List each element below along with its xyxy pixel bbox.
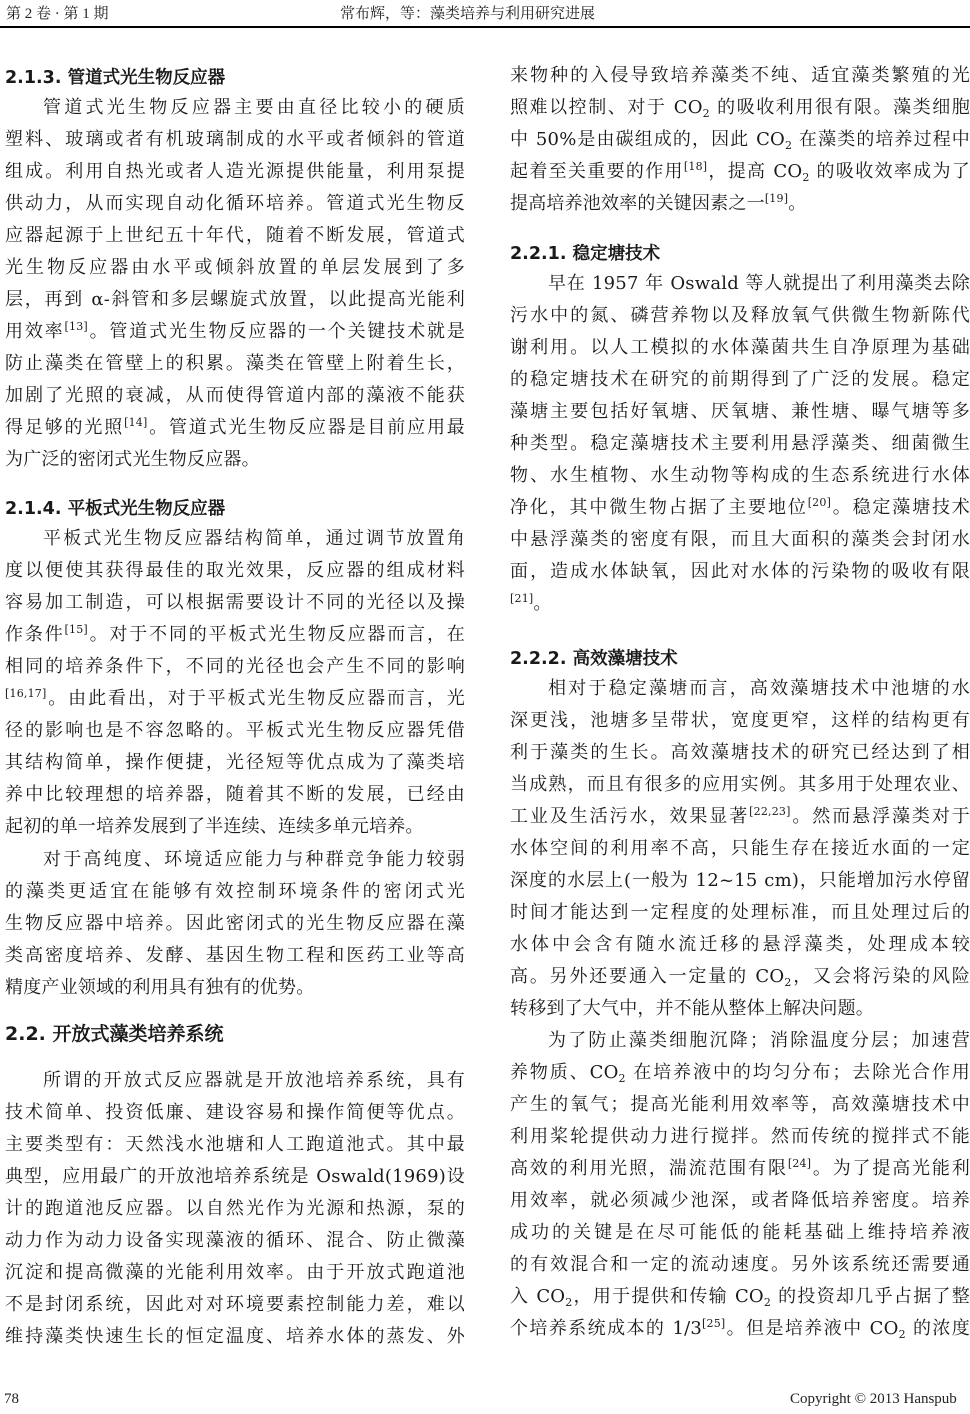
copyright: Copyright © 2013 Hanspub <box>790 1391 957 1408</box>
section-heading-2-1-3: 2.1.3. 管道式光生物反应器 <box>5 64 225 89</box>
text-span: 用效率 <box>5 321 65 342</box>
text-line: 工业及生活污水，效果显著[22,23]。然而悬浮藻类对于 <box>510 802 970 832</box>
section-heading-2-2-1: 2.2.1. 稳定塘技术 <box>510 240 660 265</box>
text-line: 维持藻类快速生长的恒定温度、培养水体的蒸发、外 <box>5 1322 465 1352</box>
text-span: 的吸收利用很有限。藻类细胞 <box>710 97 970 118</box>
text-line: 径的影响也是不容忽略的。平板式光生物反应器凭借 <box>5 716 465 746</box>
text-span: 。然而悬浮藻类对于 <box>791 806 970 827</box>
text-line: 产生的氧气；提高光能利用效率等，高效藻塘技术中 <box>510 1090 970 1120</box>
text-line: 物、水生植物、水生动物等构成的生态系统进行水体 <box>510 461 970 491</box>
citation-13[interactable]: [13] <box>65 320 88 333</box>
text-line: 提高培养池效率的关键因素之一[19]。 <box>510 189 970 219</box>
text-span: 得足够的光照 <box>5 417 124 438</box>
text-line: 类高密度培养、发酵、基因生物工程和医药工业等高 <box>5 941 465 971</box>
text-line: [16,17]。由此看出，对于平板式光生物反应器而言，光 <box>5 684 465 714</box>
citation-14[interactable]: [14] <box>124 416 147 429</box>
text-line: 深更浅，池塘多呈带状，宽度更窄，这样的结构更有 <box>510 706 970 736</box>
subscript: 2 <box>619 1072 626 1085</box>
text-line: 组成。利用自热光或者人造光源提供能量，利用泵提 <box>5 157 465 187</box>
text-line: 个培养系统成本的 1/3[25]。但是培养液中 CO2 的浓度 <box>510 1314 970 1344</box>
text-span: 入 CO <box>510 1286 565 1307</box>
text-line: 容易加工制造，可以根据需要设计不同的光径以及操 <box>5 588 465 618</box>
text-span: 。对于不同的平板式光生物反应器而言，在 <box>88 624 465 645</box>
section-heading-2-2-2: 2.2.2. 高效藻塘技术 <box>510 645 678 670</box>
text-span: 。稳定藻塘技术 <box>831 497 970 518</box>
running-header: 第 2 卷 · 第 1 期 常布辉，等：藻类培养与利用研究进展 <box>0 0 970 27</box>
text-span: ，又会将污染的风险 <box>792 966 970 987</box>
text-span: 起着至关重要的作用 <box>510 161 684 182</box>
subscript: 2 <box>764 1296 771 1309</box>
text-span: 。为了提高光能利 <box>811 1158 970 1179</box>
text-line: 精度产业领域的利用具有独有的优势。 <box>5 973 465 1003</box>
text-span: 的浓度 <box>906 1318 970 1339</box>
text-line: 藻塘主要包括好氧塘、厌氧塘、兼性塘、曝气塘等多 <box>510 397 970 427</box>
subscript: 2 <box>899 1328 906 1341</box>
text-line: 计的跑道池反应器。以自然光作为光源和热源，泵的 <box>5 1194 465 1224</box>
text-line: 起着至关重要的作用[18]，提高 CO2 的吸收效率成为了 <box>510 157 970 187</box>
citation-19[interactable]: [19] <box>765 192 788 205</box>
text-span: 在培养液中的均匀分布；去除光合作用 <box>626 1062 970 1083</box>
subscript: 2 <box>703 107 710 120</box>
text-line: 起初的单一培养发展到了半连续、连续多单元培养。 <box>5 812 465 842</box>
text-line: 利于藻类的生长。高效藻塘技术的研究已经达到了相 <box>510 738 970 768</box>
text-line: 相同的培养条件下，不同的光径也会产生不同的影响 <box>5 652 465 682</box>
text-span: 在藻类的培养过程中 <box>792 129 970 150</box>
text-line: 作条件[15]。对于不同的平板式光生物反应器而言，在 <box>5 620 465 650</box>
text-span: 。由此看出，对于平板式光生物反应器而言，光 <box>46 688 465 709</box>
text-line: 生物反应器中培养。因此密闭式的光生物反应器在藻 <box>5 909 465 939</box>
text-span: 高。另外还要通入一定量的 CO <box>510 966 784 987</box>
citation-24[interactable]: [24] <box>788 1157 811 1170</box>
text-line: 平板式光生物反应器结构简单，通过调节放置角 <box>5 524 465 554</box>
text-line: 供动力，从而实现自动化循环培养。管道式光生物反 <box>5 189 465 219</box>
text-line: 种类型。稳定藻塘技术主要利用悬浮藻类、细菌微生 <box>510 429 970 459</box>
text-line: 水体空间的利用率不高，只能生存在接近水面的一定 <box>510 834 970 864</box>
subscript: 2 <box>784 976 791 989</box>
text-line: 技术简单、投资低廉、建设容易和操作简便等优点。 <box>5 1098 465 1128</box>
text-span: 照难以控制、对于 CO <box>510 97 703 118</box>
citation-18[interactable]: [18] <box>684 160 707 173</box>
citation-22-23[interactable]: [22,23] <box>749 805 790 818</box>
text-span: ，用于提供和传输 CO <box>572 1286 763 1307</box>
citation-20[interactable]: [20] <box>808 496 831 509</box>
text-line: 层，再到 α-斜管和多层螺旋式放置，以此提高光能利 <box>5 285 465 315</box>
text-span: 净化，其中微生物占据了主要地位 <box>510 497 808 518</box>
text-line: 的藻类更适宜在能够有效控制环境条件的密闭式光 <box>5 877 465 907</box>
text-line: 防止藻类在管壁上的积累。藻类在管壁上附着生长， <box>5 349 465 379</box>
text-line: 养物质、CO2 在培养液中的均匀分布；去除光合作用 <box>510 1058 970 1088</box>
text-line: 谢利用。以人工模拟的水体藻菌共生自净原理为基础 <box>510 333 970 363</box>
text-line: 中 50%是由碳组成的，因此 CO2 在藻类的培养过程中 <box>510 125 970 155</box>
running-title: 常布辉，等：藻类培养与利用研究进展 <box>340 2 595 23</box>
text-line: 高。另外还要通入一定量的 CO2，又会将污染的风险 <box>510 962 970 992</box>
citation-16-17[interactable]: [16,17] <box>5 687 46 700</box>
text-span: 的投资却几乎占据了整 <box>771 1286 970 1307</box>
text-line: 其结构简单，操作便捷，光径短等优点成为了藻类培 <box>5 748 465 778</box>
text-line: 来物种的入侵导致培养藻类不纯、适宜藻类繁殖的光 <box>510 61 970 91</box>
text-line: 所谓的开放式反应器就是开放池培养系统，具有 <box>5 1066 465 1096</box>
text-line: 对于高纯度、环境适应能力与种群竞争能力较弱 <box>5 845 465 875</box>
text-line: 水体中会含有随水流迁移的悬浮藻类，处理成本较 <box>510 930 970 960</box>
text-line: 中悬浮藻类的密度有限，而且大面积的藻类会封闭水 <box>510 525 970 555</box>
text-line: 度以便使其获得最佳的取光效果，反应器的组成材料 <box>5 556 465 586</box>
text-span: 提高培养池效率的关键因素之一 <box>510 193 765 214</box>
text-line: 高效的利用光照，湍流范围有限[24]。为了提高光能利 <box>510 1154 970 1184</box>
text-line: 得足够的光照[14]。管道式光生物反应器是目前应用最 <box>5 413 465 443</box>
text-line: 入 CO2，用于提供和传输 CO2 的投资却几乎占据了整 <box>510 1282 970 1312</box>
text-line: 为广泛的密闭式光生物反应器。 <box>5 445 465 475</box>
citation-21[interactable]: [21] <box>510 592 533 605</box>
text-line: 的稳定塘技术在研究的前期得到了广泛的发展。稳定 <box>510 365 970 395</box>
citation-15[interactable]: [15] <box>65 623 88 636</box>
volume-issue: 第 2 卷 · 第 1 期 <box>6 2 109 23</box>
text-line: 利用桨轮提供动力进行搅拌。然而传统的搅拌式不能 <box>510 1122 970 1152</box>
text-span: ，提高 CO <box>707 161 802 182</box>
text-span: 。 <box>788 193 806 214</box>
text-line: 典型，应用最广的开放池培养系统是 Oswald(1969)设 <box>5 1162 465 1192</box>
text-line: [21]。 <box>510 589 970 619</box>
text-line: 成功的关键是在尽可能低的能耗基础上维持培养液 <box>510 1218 970 1248</box>
text-line: 相对于稳定藻塘而言，高效藻塘技术中池塘的水 <box>510 674 970 704</box>
text-span: 。管道式光生物反应器是目前应用最 <box>147 417 465 438</box>
text-line: 当成熟，而且有很多的应用实例。其多用于处理农业、 <box>510 770 970 800</box>
section-heading-2-2: 2.2. 开放式藻类培养系统 <box>5 1019 224 1046</box>
text-span: 。但是培养液中 CO <box>725 1318 898 1339</box>
text-span: 中 50%是由碳组成的，因此 CO <box>510 129 785 150</box>
section-heading-2-1-4: 2.1.4. 平板式光生物反应器 <box>5 495 225 520</box>
text-line: 主要类型有：天然浅水池塘和人工跑道池式。其中最 <box>5 1130 465 1160</box>
text-line: 加剧了光照的衰减，从而使得管道内部的藻液不能获 <box>5 381 465 411</box>
text-line: 沉淀和提高微藻的光能利用效率。由于开放式跑道池 <box>5 1258 465 1288</box>
header-rule <box>0 26 970 28</box>
text-line: 应器起源于上世纪五十年代，随着不断发展，管道式 <box>5 221 465 251</box>
text-span: 高效的利用光照，湍流范围有限 <box>510 1158 788 1179</box>
text-line: 早在 1957 年 Oswald 等人就提出了利用藻类去除 <box>510 269 970 299</box>
text-span: 个培养系统成本的 1/3 <box>510 1318 702 1339</box>
text-line: 净化，其中微生物占据了主要地位[20]。稳定藻塘技术 <box>510 493 970 523</box>
text-line: 管道式光生物反应器主要由直径比较小的硬质 <box>5 93 465 123</box>
text-line: 的有效混合和一定的流动速度。另外该系统还需要通 <box>510 1250 970 1280</box>
text-span: 的吸收效率成为了 <box>810 161 970 182</box>
text-line: 塑料、玻璃或者有机玻璃制成的水平或者倾斜的管道 <box>5 125 465 155</box>
text-line: 不是封闭系统，因此对对环境要素控制能力差，难以 <box>5 1290 465 1320</box>
text-line: 用效率，就必须减少池深，或者降低培养密度。培养 <box>510 1186 970 1216</box>
text-span: 。 <box>533 593 551 614</box>
text-line: 时间才能达到一定程度的处理标准，而且处理过后的 <box>510 898 970 928</box>
text-span: 工业及生活污水，效果显著 <box>510 806 749 827</box>
text-line: 深度的水层上(一般为 12~15 cm)，只能增加污水停留 <box>510 866 970 896</box>
citation-25[interactable]: [25] <box>702 1317 725 1330</box>
text-line: 用效率[13]。管道式光生物反应器的一个关键技术就是 <box>5 317 465 347</box>
text-span: 。管道式光生物反应器的一个关键技术就是 <box>88 321 465 342</box>
text-span: 养物质、CO <box>510 1062 619 1083</box>
text-line: 污水中的氮、磷营养物以及释放氧气供微生物新陈代 <box>510 301 970 331</box>
text-line: 养中比较理想的培养器，随着其不断的发展，已经由 <box>5 780 465 810</box>
text-line: 转移到了大气中，并不能从整体上解决问题。 <box>510 994 970 1024</box>
text-line: 动力作为动力设备实现藻液的循环、混合、防止微藻 <box>5 1226 465 1256</box>
page-number: 78 <box>4 1391 19 1408</box>
text-line: 为了防止藻类细胞沉降；消除温度分层；加速营 <box>510 1026 970 1056</box>
text-line: 光生物反应器由水平或倾斜放置的单层发展到了多 <box>5 253 465 283</box>
text-span: 作条件 <box>5 624 65 645</box>
text-line: 面，造成水体缺氧，因此对水体的污染物的吸收有限 <box>510 557 970 587</box>
text-line: 照难以控制、对于 CO2 的吸收利用很有限。藻类细胞 <box>510 93 970 123</box>
subscript: 2 <box>802 171 809 184</box>
